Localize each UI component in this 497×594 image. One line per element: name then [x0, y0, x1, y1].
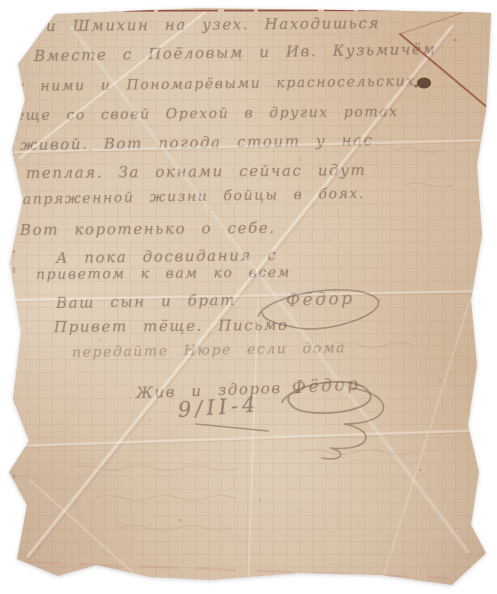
ink-blot — [414, 78, 431, 89]
paper-marks-overlay — [0, 0, 497, 594]
paper-specks — [89, 39, 457, 522]
paper-shadow: и Шмихин на узех. Находишься Вместе с По… — [0, 0, 497, 594]
fold-corner-outline — [400, 13, 488, 108]
crease-lines — [10, 12, 490, 588]
letter-scan: и Шмихин на узех. Находишься Вместе с По… — [0, 0, 497, 594]
paper-sheet: и Шмихин на узех. Находишься Вместе с По… — [0, 0, 497, 594]
ghost-writing-impressions — [70, 148, 453, 531]
